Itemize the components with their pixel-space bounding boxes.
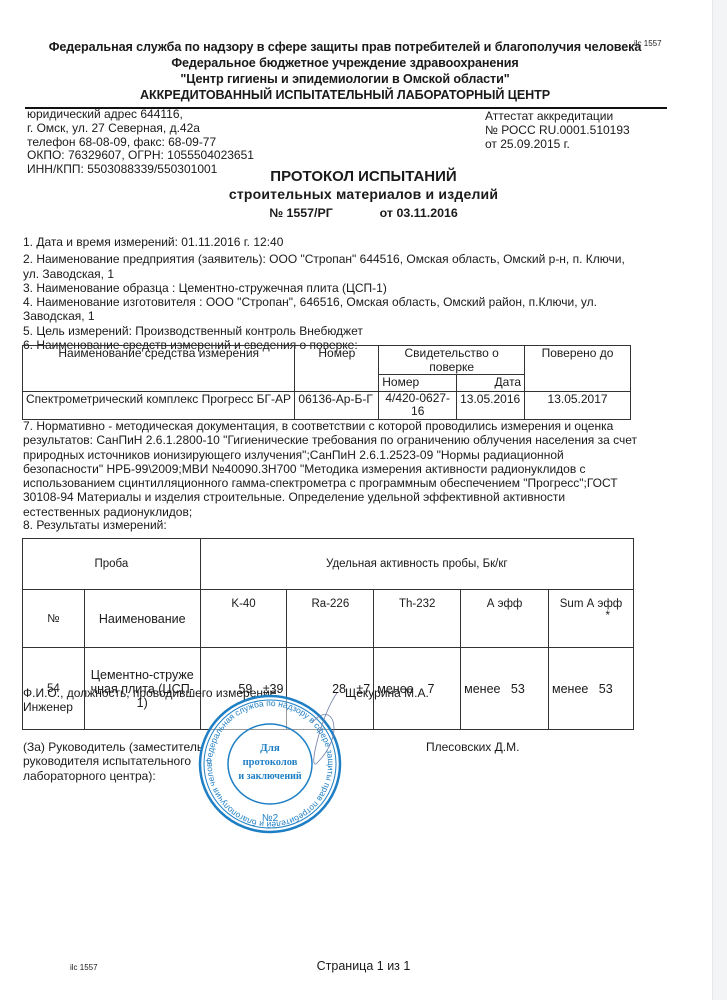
item-4: 4. Наименование изготовителя : ООО "Стро… <box>23 295 633 324</box>
footnote-mark: * <box>552 610 630 622</box>
header-line-1: Федеральная служба по надзору в сфере за… <box>0 40 690 56</box>
results-label: 8. Результаты измерений: <box>23 518 167 532</box>
cert-date: 13.05.2016 <box>457 392 525 420</box>
col-header-no: № <box>23 590 85 648</box>
col-header-device-name: Наименование средства измерения <box>23 346 295 392</box>
group-header-sample: Проба <box>23 539 201 590</box>
col-header-a-eff: А эфф <box>461 590 549 648</box>
accreditation-line: № РОСС RU.0001.510193 <box>485 123 630 137</box>
address-line: юридический адрес 644116, <box>27 108 254 122</box>
page-edge-shadow <box>712 0 727 1000</box>
accreditation-block: Аттестат аккредитации № РОСС RU.0001.510… <box>485 109 630 151</box>
col-header-name: Наименование <box>84 590 200 648</box>
header-line-3: "Центр гигиены и эпидемиологии в Омской … <box>0 72 690 88</box>
address-line: г. Омск, ул. 27 Северная, д.42а <box>27 122 254 136</box>
svg-text:Для: Для <box>260 742 280 754</box>
item-5: 5. Цель измерений: Производственный конт… <box>23 324 633 338</box>
svg-text:протоколов: протоколов <box>243 757 298 768</box>
col-header-certificate: Свидетельство о поверке <box>379 346 525 375</box>
head-name: Плесовских Д.М. <box>426 740 519 754</box>
col-header-cert-number: Номер <box>379 375 457 392</box>
group-header-activity: Удельная активность пробы, Бк/кг <box>200 539 633 590</box>
device-number: 06136-Ар-Б-Г <box>295 392 379 420</box>
col-header-cert-date: Дата <box>457 375 525 392</box>
header-line-4: АККРЕДИТОВАННЫЙ ИСПЫТАТЕЛЬНЫЙ ЛАБОРАТОРН… <box>0 88 690 104</box>
ilc-mark-top: ilc 1557 <box>634 39 662 48</box>
protocol-date: от 03.11.2016 <box>380 206 458 220</box>
svg-text:и заключений: и заключений <box>238 771 302 782</box>
item-1: 1. Дата и время измерений: 01.11.2016 г.… <box>23 235 633 249</box>
official-stamp: Федеральная служба по надзору в сфере за… <box>197 693 343 835</box>
device-name: Спектрометрический комплекс Прогресс БГ-… <box>23 392 295 420</box>
item-3: 3. Наименование образца : Цементно-струж… <box>23 281 633 295</box>
head-label-line: (За) Руководитель (заместитель <box>23 740 203 754</box>
item-2: 2. Наименование предприятия (заявитель):… <box>23 252 633 281</box>
cert-number: 4/420-0627-16 <box>379 392 457 420</box>
protocol-title: ПРОТОКОЛ ИСПЫТАНИЙ <box>0 168 727 185</box>
accreditation-line: от 25.09.2015 г. <box>485 137 630 151</box>
protocol-number-line: № 1557/РГ от 03.11.2016 <box>0 206 727 220</box>
sum-a-eff-label: Sum А эфф <box>552 598 630 610</box>
header-line-2: Федеральное бюджетное учреждение здравоо… <box>0 56 690 72</box>
table-row: Спектрометрический комплекс Прогресс БГ-… <box>23 392 631 420</box>
address-line: телефон 68-08-09, факс: 68-09-77 <box>27 136 254 150</box>
normative-documentation: 7. Нормативно - методическая документаци… <box>23 419 638 519</box>
measurer-name: Щекурина М.А. <box>345 686 429 700</box>
protocol-items: 1. Дата и время измерений: 01.11.2016 г.… <box>23 235 633 352</box>
accreditation-line: Аттестат аккредитации <box>485 109 630 123</box>
sum-a-eff-value: менее 53 <box>549 648 634 730</box>
address-block: юридический адрес 644116, г. Омск, ул. 2… <box>27 108 254 177</box>
valid-until: 13.05.2017 <box>525 392 631 420</box>
col-header-ra226: Ra-226 <box>287 590 374 648</box>
col-header-sum-a-eff: Sum А эфф * <box>549 590 634 648</box>
head-block: (За) Руководитель (заместитель руководит… <box>23 740 203 783</box>
address-line: ОКПО: 76329607, ОГРН: 1055504023651 <box>27 149 254 163</box>
protocol-number: № 1557/РГ <box>269 206 333 220</box>
devices-table: Наименование средства измерения Номер Св… <box>22 345 631 420</box>
svg-text:№2: №2 <box>262 813 279 824</box>
head-label-line: лабораторного центра): <box>23 769 203 783</box>
col-header-valid-until: Поверено до <box>525 346 631 392</box>
page-number: Страница 1 из 1 <box>0 959 727 973</box>
col-header-k40: K-40 <box>200 590 287 648</box>
head-label-line: руководителя испытательного <box>23 754 203 768</box>
col-header-th232: Th-232 <box>374 590 461 648</box>
protocol-subtitle: строительных материалов и изделий <box>0 186 727 202</box>
stamp-seal-icon: Федеральная служба по надзору в сфере за… <box>197 693 343 835</box>
col-header-number: Номер <box>295 346 379 392</box>
a-eff-value: менее 53 <box>461 648 549 730</box>
